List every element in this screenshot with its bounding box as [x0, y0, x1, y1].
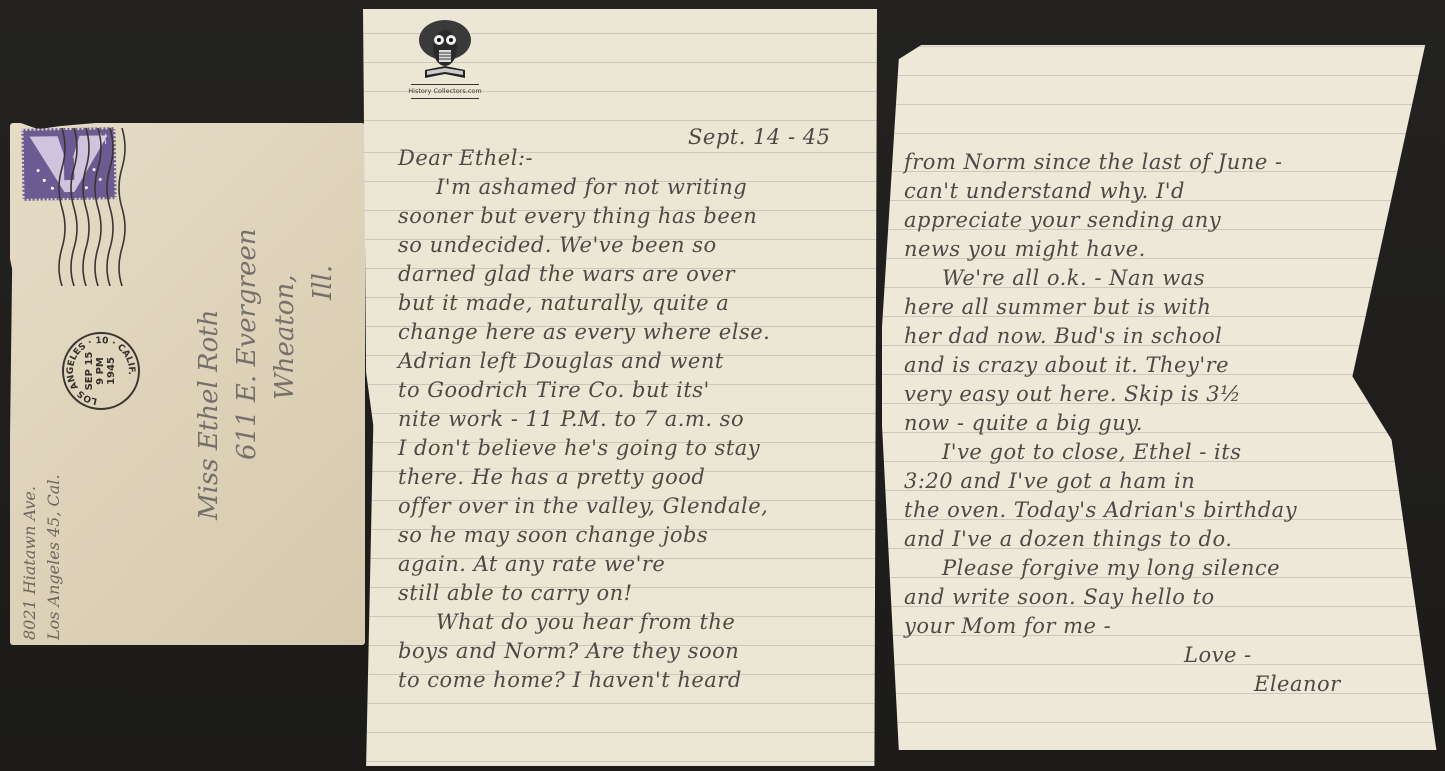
handwritten-line: 3:20 and I've got a ham in	[904, 467, 1341, 496]
handwritten-line: very easy out here. Skip is 3½	[904, 380, 1341, 409]
handwritten-line: your Mom for me -	[904, 612, 1341, 641]
handwritten-line: Please forgive my long silence	[904, 554, 1341, 583]
handwritten-line: and is crazy about it. They're	[904, 351, 1341, 380]
recipient-street: 611 E. Evergreen	[228, 229, 266, 520]
handwritten-line: so he may soon change jobs	[398, 521, 770, 550]
handwritten-line: I'm ashamed for not writing	[398, 173, 770, 202]
handwritten-line: there. He has a pretty good	[398, 463, 770, 492]
letterhead-rule	[411, 84, 479, 85]
handwritten-line: darned glad the wars are over	[398, 260, 770, 289]
handwritten-line: nite work - 11 P.M. to 7 a.m. so	[398, 405, 770, 434]
postmark-time: 9 PM	[95, 334, 106, 408]
owl-on-book-icon	[417, 18, 473, 82]
handwritten-line: offer over in the valley, Glendale,	[398, 492, 770, 521]
handwritten-line: Adrian left Douglas and went	[398, 347, 770, 376]
handwritten-line: change here as every where else.	[398, 318, 770, 347]
postmark-date: SEP 15	[84, 334, 95, 408]
handwritten-line: so undecided. We've been so	[398, 231, 770, 260]
handwritten-line: to Goodrich Tire Co. but its'	[398, 376, 770, 405]
handwritten-line: appreciate your sending any	[904, 206, 1341, 235]
handwritten-line: still able to carry on!	[398, 579, 770, 608]
handwritten-line: again. At any rate we're	[398, 550, 770, 579]
handwritten-line: We're all o.k. - Nan was	[904, 264, 1341, 293]
return-address: 8021 Hiatawn Ave. Los Angeles 45, Cal.	[18, 474, 66, 640]
handwritten-line: and I've a dozen things to do.	[904, 525, 1341, 554]
handwritten-line: sooner but every thing has been	[398, 202, 770, 231]
handwritten-line: news you might have.	[904, 235, 1341, 264]
letter-signature: Eleanor	[904, 670, 1341, 699]
handwritten-line: Dear Ethel:-	[398, 144, 770, 173]
recipient-state: Ill.	[304, 229, 342, 520]
recipient-name: Miss Ethel Roth	[190, 229, 228, 520]
handwritten-line: and write soon. Say hello to	[904, 583, 1341, 612]
handwritten-line: I don't believe he's going to stay	[398, 434, 770, 463]
recipient-city: Wheaton,	[266, 229, 304, 520]
letterhead-watermark: History Collectors.com	[405, 18, 485, 101]
handwritten-line: the oven. Today's Adrian's birthday	[904, 496, 1341, 525]
handwritten-line: to come home? I haven't heard	[398, 666, 770, 695]
wavy-cancellation-lines	[54, 128, 138, 286]
postmark-year: 1945	[106, 334, 117, 408]
return-address-line: Los Angeles 45, Cal.	[42, 474, 66, 640]
handwritten-line: from Norm since the last of June -	[904, 148, 1341, 177]
letter-closing: Love -	[904, 641, 1341, 670]
recipient-address: Miss Ethel Roth 611 E. Evergreen Wheaton…	[190, 229, 342, 520]
letterhead-rule	[411, 98, 479, 99]
handwritten-line: What do you hear from the	[398, 608, 770, 637]
letter-page-2-body: from Norm since the last of June - can't…	[904, 148, 1341, 699]
handwritten-line: now - quite a big guy.	[904, 409, 1341, 438]
return-address-line: 8021 Hiatawn Ave.	[18, 474, 42, 640]
letterhead-brand: History Collectors.com	[405, 87, 485, 96]
letter-page-1-body: Dear Ethel:- I'm ashamed for not writing…	[398, 144, 770, 695]
postmark: LOS ANGELES · 10 · CALIF. SEP 15 9 PM 19…	[62, 332, 140, 410]
handwritten-line: her dad now. Bud's in school	[904, 322, 1341, 351]
handwritten-line: but it made, naturally, quite a	[398, 289, 770, 318]
handwritten-line: I've got to close, Ethel - its	[904, 438, 1341, 467]
handwritten-line: here all summer but is with	[904, 293, 1341, 322]
handwritten-line: can't understand why. I'd	[904, 177, 1341, 206]
handwritten-line: boys and Norm? Are they soon	[398, 637, 770, 666]
